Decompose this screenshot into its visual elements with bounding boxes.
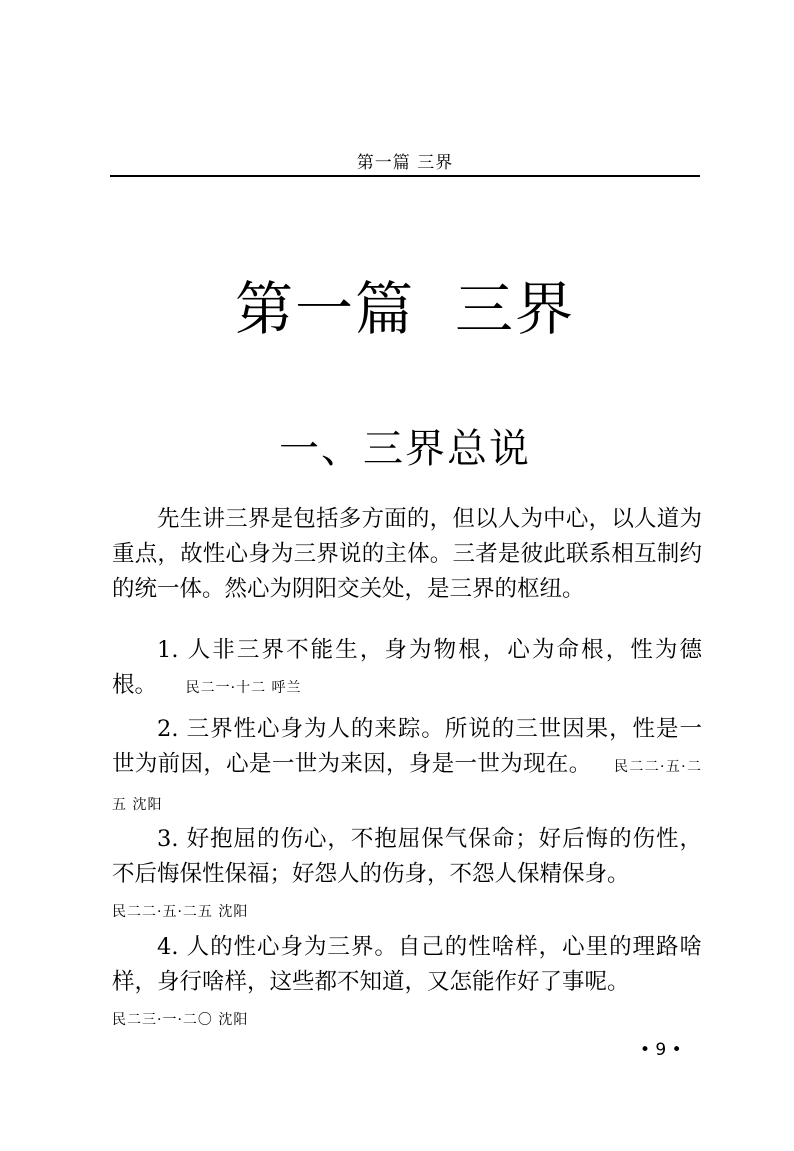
quote-item-3: 3. 好抱屈的伤心，不抱屈保气保命；好后悔的伤性，不后悔保性保福；好怨人的伤身，…: [112, 822, 702, 930]
quote-item-1: 1. 人非三界不能生，身为物根，心为命根，性为德根。 民二一·十二 呼兰: [112, 633, 702, 706]
running-head: 第一篇 三界: [110, 148, 700, 173]
chapter-title-name: 三界: [455, 275, 575, 343]
chapter-title: 第一篇三界: [110, 262, 700, 346]
section-title: 一、三界总说: [110, 417, 700, 474]
quote-item-4: 4. 人的性心身为三界。自己的性啥样，心里的理路啥样，身行啥样，这些都不知道，又…: [112, 930, 702, 1038]
quote-item-2: 2. 三界性心身为人的来踪。所说的三世因果，性是一世为前因，心是一世为来因，身是…: [112, 712, 702, 823]
intro-paragraph: 先生讲三界是包括多方面的，但以人为中心，以人道为重点，故性心身为三界说的主体。三…: [112, 502, 702, 607]
quote-source: 民二三·一·二〇 沈阳: [112, 1012, 248, 1028]
quote-text: 3. 好抱屈的伤心，不抱屈保气保命；好后悔的伤性，不后悔保性保福；好怨人的伤身，…: [112, 826, 702, 887]
page-number: • 9 •: [640, 1040, 682, 1060]
header-rule: [110, 175, 700, 177]
quote-source: 民二二·五·二五 沈阳: [112, 904, 248, 920]
chapter-title-number: 第一篇: [235, 275, 415, 343]
quote-text: 4. 人的性心身为三界。自己的性啥样，心里的理路啥样，身行啥样，这些都不知道，又…: [112, 934, 702, 995]
quote-source: 民二一·十二 呼兰: [186, 680, 302, 696]
